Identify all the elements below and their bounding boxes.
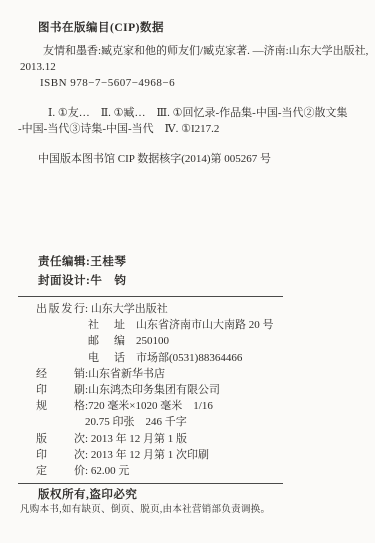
cip-record-number: 中国版本图书馆 CIP 数据核字(2014)第 005267 号 — [38, 151, 375, 167]
copyright-notice: 版权所有,盗印必究 — [38, 488, 375, 503]
designer-name: 牛 钧 — [90, 275, 126, 287]
credits-block: 责任编辑:王桂琴 封面设计:牛 钧 — [38, 253, 375, 291]
pub-sublabel: 社址 — [88, 317, 125, 333]
pub-row-address: 社址山东省济南市山大南路 20 号 — [36, 317, 375, 333]
pub-row-price: 定价: 62.00 元 — [36, 463, 375, 479]
editor-label: 责任编辑 — [38, 256, 86, 268]
cip-header: 图书在版编目(CIP)数据 — [38, 21, 375, 35]
pub-label: 版次 — [36, 431, 85, 447]
pub-label: 规格 — [36, 398, 85, 414]
pub-value: 62.00 元 — [91, 465, 130, 477]
pub-value: 山东大学出版社 — [91, 303, 168, 315]
pub-label: 经销 — [36, 366, 85, 382]
pub-value: 山东鸿杰印务集团有限公司 — [88, 384, 220, 396]
editor-row: 责任编辑:王桂琴 — [38, 253, 375, 272]
pub-row-publisher: 出版发行: 山东大学出版社 — [36, 301, 375, 317]
classification-line1: Ⅰ. ①友… Ⅱ. ①臧… Ⅲ. ①回忆录-作品集-中国-当代②散文集 — [18, 105, 375, 121]
pub-sublabel: 邮编 — [88, 333, 125, 349]
pub-row-impression: 印次: 2013 年 12 月第 1 次印刷 — [36, 447, 375, 463]
pub-row-printer: 印刷:山东鸿杰印务集团有限公司 — [36, 382, 375, 398]
isbn-line: ISBN 978−7−5607−4968−6 — [40, 75, 375, 91]
divider-top — [18, 296, 283, 297]
pub-label: 出版发行 — [36, 301, 85, 317]
cip-classification: Ⅰ. ①友… Ⅱ. ①臧… Ⅲ. ①回忆录-作品集-中国-当代②散文集 -中国-… — [18, 105, 375, 137]
divider-bottom — [18, 483, 283, 484]
cip-entry-line1: 友情和墨香:臧克家和他的师友们/臧克家著. —济南:山东大学出版社, — [20, 43, 375, 59]
pub-label: 定价 — [36, 463, 85, 479]
pub-value: 250100 — [136, 335, 169, 347]
pub-row-postcode: 邮编250100 — [36, 333, 375, 349]
pub-value: 山东省济南市山大南路 20 号 — [136, 319, 274, 331]
pub-label: 印次 — [36, 447, 85, 463]
publication-details: 出版发行: 山东大学出版社 社址山东省济南市山大南路 20 号 邮编250100… — [36, 301, 375, 479]
pub-row-edition: 版次: 2013 年 12 月第 1 版 — [36, 431, 375, 447]
pub-value: 市场部(0531)88364466 — [136, 352, 242, 364]
pub-row-distributor: 经销:山东省新华书店 — [36, 366, 375, 382]
pub-value: 2013 年 12 月第 1 版 — [91, 433, 187, 445]
pub-row-format-continued: 20.75 印张 246 千字 — [36, 414, 375, 430]
designer-label: 封面设计 — [38, 275, 86, 287]
pub-row-format: 规格:720 毫米×1020 毫米 1/16 — [36, 398, 375, 414]
copyright-page: 图书在版编目(CIP)数据 友情和墨香:臧克家和他的师友们/臧克家著. —济南:… — [0, 0, 375, 543]
pub-value: 720 毫米×1020 毫米 1/16 — [88, 400, 213, 412]
pub-value: 2013 年 12 月第 1 次印刷 — [91, 449, 209, 461]
pub-label: 印刷 — [36, 382, 85, 398]
pub-value: 山东省新华书店 — [88, 368, 165, 380]
designer-row: 封面设计:牛 钧 — [38, 272, 375, 291]
exchange-note: 凡购本书,如有缺页、倒页、脱页,由本社营销部负责调换。 — [20, 503, 375, 518]
pub-value: 20.75 印张 246 千字 — [85, 416, 187, 428]
editor-name: 王桂琴 — [90, 256, 126, 268]
pub-row-phone: 电话市场部(0531)88364466 — [36, 350, 375, 366]
cip-entry-line2: 2013.12 — [20, 59, 375, 75]
classification-line2: -中国-当代③诗集-中国-当代 Ⅳ. ①I217.2 — [18, 121, 375, 137]
pub-sublabel: 电话 — [88, 350, 125, 366]
cip-entry: 友情和墨香:臧克家和他的师友们/臧克家著. —济南:山东大学出版社, 2013.… — [20, 43, 375, 75]
